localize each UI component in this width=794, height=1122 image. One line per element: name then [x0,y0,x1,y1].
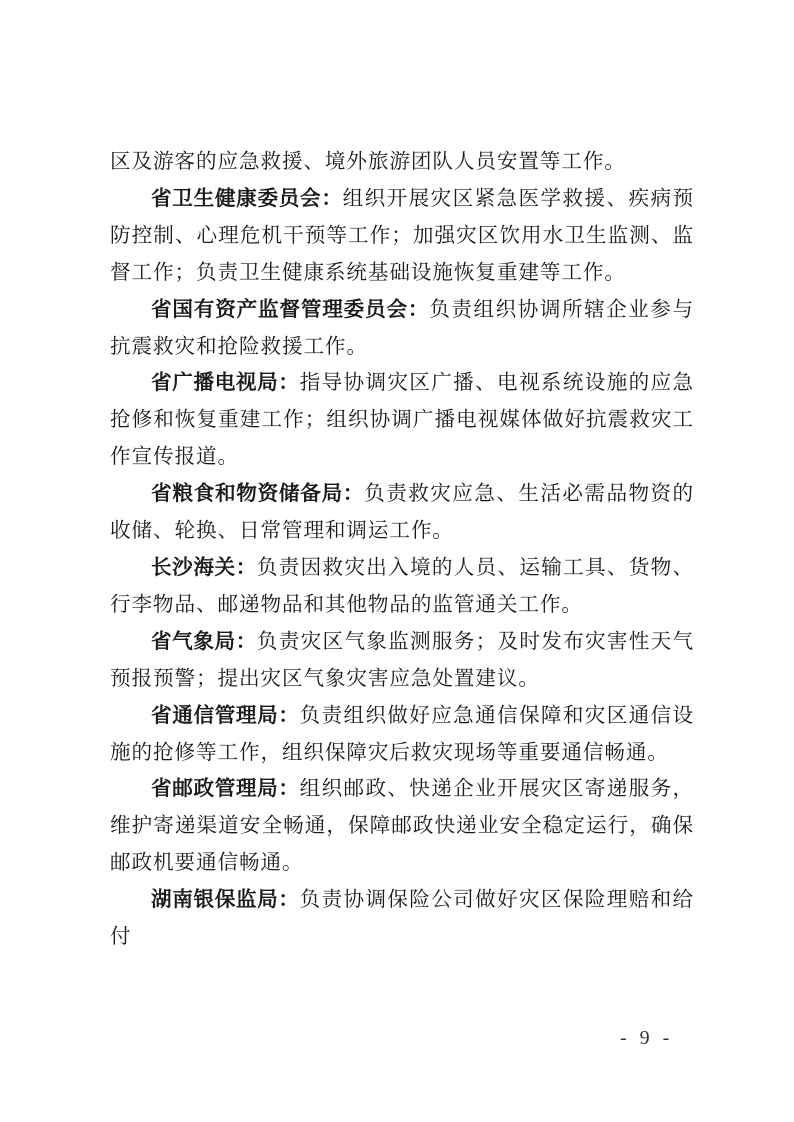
paragraph-lead: 长沙海关： [151,555,257,579]
paragraph-lead: 省气象局： [151,629,257,653]
paragraph-radio-tv: 省广播电视局：指导协调灾区广播、电视系统设施的应急抢修和恢复重建工作；组织协调广… [110,364,694,475]
paragraph-lead: 省通信管理局： [151,703,300,727]
paragraph-postal: 省邮政管理局：组织邮政、快递企业开展灾区寄递服务，维护寄递渠道安全畅通，保障邮政… [110,770,694,881]
page-number: - 9 - [620,1027,673,1050]
paragraph-insurance: 湖南银保监局：负责协调保险公司做好灾区保险理赔和给付 [110,881,694,955]
paragraph-lead: 省广播电视局： [151,370,300,394]
paragraph-lead: 省粮食和物资储备局： [151,481,364,505]
paragraph-lead: 省邮政管理局： [151,776,300,800]
document-body: 区及游客的应急救援、境外旅游团队人员安置等工作。 省卫生健康委员会：组织开展灾区… [110,143,694,955]
paragraph-meteorology: 省气象局：负责灾区气象监测服务；及时发布灾害性天气预报预警；提出灾区气象灾害应急… [110,623,694,697]
paragraph-lead: 省卫生健康委员会： [151,186,343,210]
paragraph-text: 区及游客的应急救援、境外旅游团队人员安置等工作。 [110,149,626,173]
paragraph-continuation: 区及游客的应急救援、境外旅游团队人员安置等工作。 [110,143,694,180]
paragraph-health-commission: 省卫生健康委员会：组织开展灾区紧急医学救援、疾病预防控制、心理危机干预等工作；加… [110,180,694,291]
paragraph-customs: 长沙海关：负责因救灾出入境的人员、运输工具、货物、行李物品、邮递物品和其他物品的… [110,549,694,623]
paragraph-sasac: 省国有资产监督管理委员会：负责组织协调所辖企业参与抗震救灾和抢险救援工作。 [110,291,694,365]
paragraph-lead: 湖南银保监局： [151,887,300,911]
paragraph-communications: 省通信管理局：负责组织做好应急通信保障和灾区通信设施的抢修等工作，组织保障灾后救… [110,697,694,771]
paragraph-grain-reserve: 省粮食和物资储备局：负责救灾应急、生活必需品物资的收储、轮换、日常管理和调运工作… [110,475,694,549]
paragraph-lead: 省国有资产监督管理委员会： [151,297,429,321]
